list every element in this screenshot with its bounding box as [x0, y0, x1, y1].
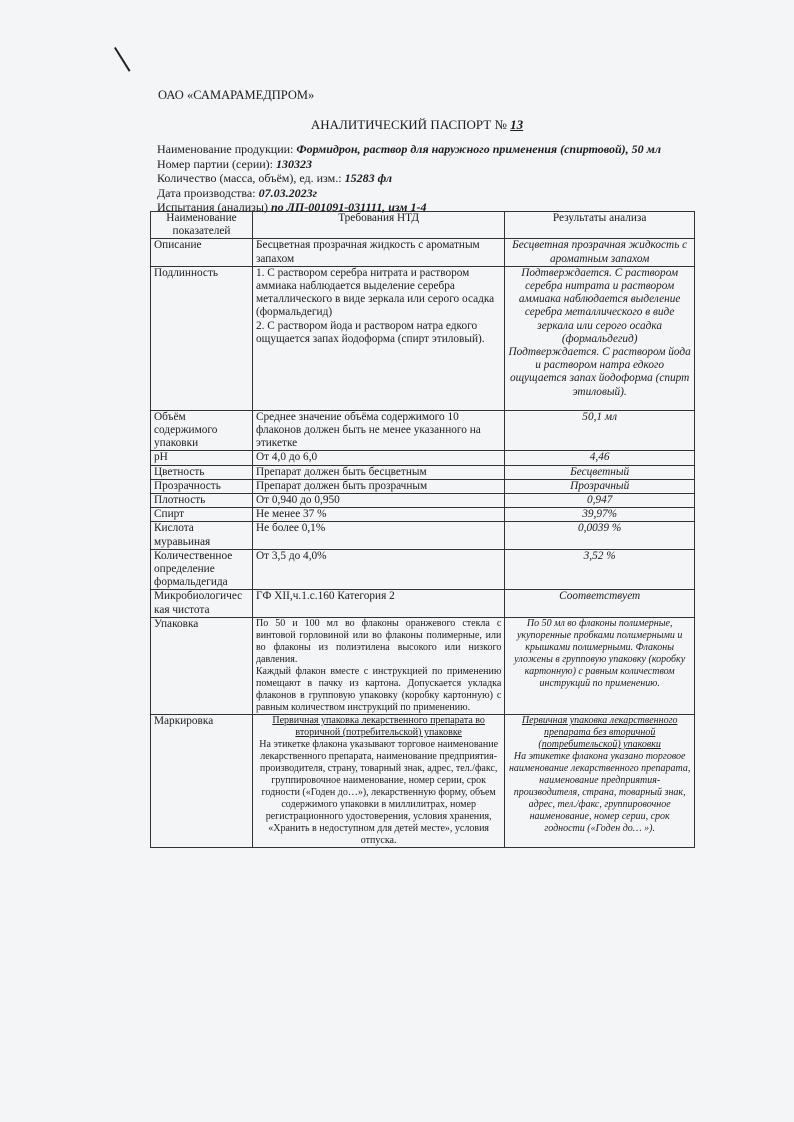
requirement: Препарат должен быть бесцветным — [252, 465, 504, 479]
table-row: Подлинность 1. С раствором серебра нитра… — [151, 266, 695, 410]
table-row: Количественное определение формальдегида… — [151, 549, 695, 590]
header-requirements: Требования НТД — [252, 212, 504, 239]
requirement: Не более 0,1% — [252, 522, 504, 549]
quantity-line: Количество (масса, объём), ед. изм.: 152… — [157, 171, 661, 186]
result: 0,947 — [505, 494, 695, 508]
table-row: Прозрачность Препарат должен быть прозра… — [151, 479, 695, 493]
requirement-part-1: По 50 и 100 мл во флаконы оранжевого сте… — [256, 618, 501, 666]
result: Бесцветный — [505, 465, 695, 479]
table-row: Кислота муравьиная Не более 0,1% 0,0039 … — [151, 522, 695, 549]
document-title: АНАЛИТИЧЕСКИЙ ПАСПОРТ № 13 — [0, 117, 794, 133]
requirement: Среднее значение объёма содержимого 10 ф… — [252, 410, 504, 451]
table-row: Маркировка Первичная упаковка лекарствен… — [151, 714, 695, 847]
requirement: ГФ XII,ч.1.с.160 Категория 2 — [252, 590, 504, 617]
product-info: Наименование продукции: Формидрон, раств… — [157, 142, 661, 215]
requirement-heading: Первичная упаковка лекарственного препар… — [256, 715, 501, 739]
table-row: pH От 4,0 до 6,0 4,46 — [151, 451, 695, 465]
passport-number: 13 — [510, 117, 523, 132]
result-part-2: Подтверждается. С раствором йода и раств… — [508, 346, 691, 399]
header-indicator: Наименование показателей — [151, 212, 253, 239]
label: Номер партии (серии): — [157, 157, 276, 171]
table-header-row: Наименование показателей Требования НТД … — [151, 212, 695, 239]
result: Бесцветная прозрачная жидкость с ароматн… — [505, 239, 695, 266]
header-results: Результаты анализа — [505, 212, 695, 239]
scan-mark — [114, 47, 131, 72]
value: 07.03.2023г — [259, 186, 317, 200]
table-row: Цветность Препарат должен быть бесцветны… — [151, 465, 695, 479]
result-heading: Первичная упаковка лекарственного препар… — [508, 715, 691, 751]
value: 130323 — [276, 157, 312, 171]
requirement-part-2: Каждый флакон вместе с инструкцией по пр… — [256, 666, 501, 714]
label: Наименование продукции: — [157, 142, 296, 156]
analysis-table: Наименование показателей Требования НТД … — [150, 211, 695, 848]
indicator: Прозрачность — [151, 479, 253, 493]
indicator: Кислота муравьиная — [151, 522, 253, 549]
label: Дата производства: — [157, 186, 259, 200]
indicator: Описание — [151, 239, 253, 266]
result-text: На этикетке флакона указано торговое наи… — [508, 751, 691, 835]
indicator: Маркировка — [151, 714, 253, 847]
requirement: По 50 и 100 мл во флаконы оранжевого сте… — [252, 617, 504, 714]
requirement-part-1: 1. С раствором серебра нитрата и раствор… — [256, 267, 501, 320]
requirement: От 0,940 до 0,950 — [252, 494, 504, 508]
requirement-text: На этикетке флакона указывают торговое н… — [256, 739, 501, 847]
table-row: Спирт Не менее 37 % 39,97% — [151, 508, 695, 522]
requirement: Препарат должен быть прозрачным — [252, 479, 504, 493]
indicator: Плотность — [151, 494, 253, 508]
requirement: Не менее 37 % — [252, 508, 504, 522]
result: 50,1 мл — [505, 410, 695, 451]
company-name: ОАО «САМАРАМЕДПРОМ» — [158, 88, 314, 103]
indicator: Объём содержимого упаковки — [151, 410, 253, 451]
requirement: От 4,0 до 6,0 — [252, 451, 504, 465]
table-row: Плотность От 0,940 до 0,950 0,947 — [151, 494, 695, 508]
result: 0,0039 % — [505, 522, 695, 549]
result: По 50 мл во флаконы полимерные, укупорен… — [505, 617, 695, 714]
indicator: Цветность — [151, 465, 253, 479]
title-text: АНАЛИТИЧЕСКИЙ ПАСПОРТ № — [311, 117, 507, 132]
result: Подтверждается. С раствором серебра нитр… — [505, 266, 695, 410]
table-row: Упаковка По 50 и 100 мл во флаконы оранж… — [151, 617, 695, 714]
value: Формидрон, раствор для наружного примене… — [296, 142, 661, 156]
indicator: Упаковка — [151, 617, 253, 714]
requirement: От 3,5 до 4,0% — [252, 549, 504, 590]
indicator: Микробиологичес кая чистота — [151, 590, 253, 617]
result: Первичная упаковка лекарственного препар… — [505, 714, 695, 847]
table-row: Микробиологичес кая чистота ГФ XII,ч.1.с… — [151, 590, 695, 617]
indicator: Спирт — [151, 508, 253, 522]
result: 39,97% — [505, 508, 695, 522]
result: Прозрачный — [505, 479, 695, 493]
indicator: Количественное определение формальдегида — [151, 549, 253, 590]
result: Соответствует — [505, 590, 695, 617]
result: 3,52 % — [505, 549, 695, 590]
requirement-part-2: 2. С раствором йода и раствором натра ед… — [256, 320, 501, 346]
indicator: Подлинность — [151, 266, 253, 410]
indicator: pH — [151, 451, 253, 465]
value: 15283 фл — [345, 171, 392, 185]
result-part-1: Подтверждается. С раствором серебра нитр… — [508, 267, 691, 346]
table-row: Объём содержимого упаковки Среднее значе… — [151, 410, 695, 451]
production-date-line: Дата производства: 07.03.2023г — [157, 186, 661, 201]
requirement: Бесцветная прозрачная жидкость с ароматн… — [252, 239, 504, 266]
product-name-line: Наименование продукции: Формидрон, раств… — [157, 142, 661, 157]
requirement: Первичная упаковка лекарственного препар… — [252, 714, 504, 847]
batch-line: Номер партии (серии): 130323 — [157, 157, 661, 172]
table-row: Описание Бесцветная прозрачная жидкость … — [151, 239, 695, 266]
result: 4,46 — [505, 451, 695, 465]
label: Количество (масса, объём), ед. изм.: — [157, 171, 345, 185]
requirement: 1. С раствором серебра нитрата и раствор… — [252, 266, 504, 410]
